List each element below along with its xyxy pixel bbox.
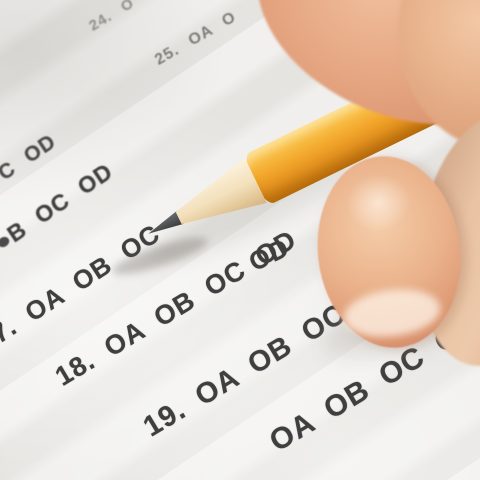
fingertip-pressure-highlight (342, 285, 443, 343)
answer-sheet-photo: 24. O 25. OA O C OD ●B OC OD 7. OA OB OC… (0, 0, 480, 480)
answer-row-25: 25. OA O (152, 9, 240, 70)
answer-row-15-end: C OD (0, 130, 61, 186)
fingertip-shine (343, 170, 415, 235)
answer-row-24: 24. O (86, 0, 137, 35)
